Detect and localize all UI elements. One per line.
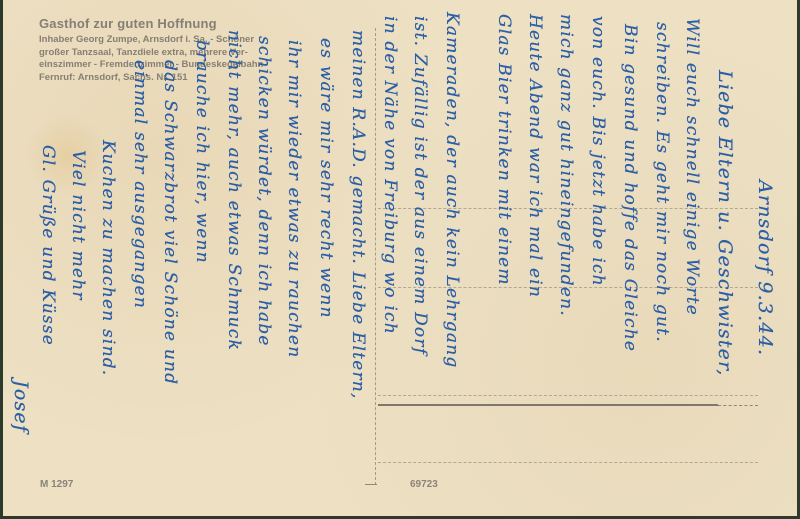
inn-name: Gasthof zur guten Hoffnung: [39, 16, 369, 31]
handwritten-line: ihr mir wieder etwas zu rauchen: [285, 40, 302, 358]
handwritten-closing: Gl. Grüße und Küsse: [39, 145, 56, 346]
handwritten-signature: Josef: [11, 380, 30, 433]
handwritten-line: einmal sehr ausgegangen: [131, 60, 148, 309]
imprint-code: M 1297: [40, 479, 73, 490]
handwritten-line: mich ganz gut hineingefunden.: [557, 14, 574, 317]
handwritten-line: Kameraden, der auch kein Lehrgang: [443, 12, 460, 368]
handwritten-line: brauche ich hier, wenn: [193, 40, 210, 264]
imprint-number: 69723: [410, 479, 438, 490]
address-line-5: [378, 462, 758, 463]
handwritten-line: das Schwarzbrot viel Schöne und: [161, 60, 178, 385]
handwritten-line: Glas Bier trinken mit einem: [495, 14, 512, 286]
handwritten-line: Viel nicht mehr: [69, 150, 86, 301]
handwritten-line: es wäre mir sehr recht wenn: [317, 38, 334, 319]
handwritten-line: Heute Abend war ich mal ein: [526, 14, 543, 298]
handwritten-line: schicken würdet, denn ich habe: [255, 36, 272, 347]
handwritten-line: schreiben. Es geht mir noch gut.: [653, 22, 670, 343]
handwritten-line: ist. Zufällig ist der aus einem Dorf: [411, 16, 428, 355]
handwritten-line: Kuchen zu machen sind.: [99, 140, 116, 376]
address-line-3: [378, 395, 758, 396]
address-line-4-tail: [718, 405, 758, 406]
handwritten-line: meinen R.A.D. gemacht. Liebe Eltern,: [349, 30, 366, 400]
handwritten-line: von euch. Bis jetzt habe ich: [589, 16, 606, 287]
handwritten-line: Will euch schnell einige Worte: [683, 18, 700, 316]
handwritten-salutation: Liebe Eltern u. Geschwister,: [715, 70, 734, 377]
divider-tick: [365, 484, 377, 485]
handwritten-line: Bin gesund und hoffe das Gleiche: [621, 24, 638, 352]
handwritten-place-date: Arnsdorf 9.3.44.: [755, 180, 774, 356]
postcard-back: Gasthof zur guten Hoffnung Inhaber Georg…: [0, 0, 797, 516]
handwritten-line: nicht mehr, auch etwas Schmuck: [225, 30, 242, 351]
message-address-divider: [375, 28, 377, 485]
address-line-4: [378, 404, 718, 406]
handwritten-line: in der Nähe von Freiburg wo ich: [381, 16, 398, 335]
